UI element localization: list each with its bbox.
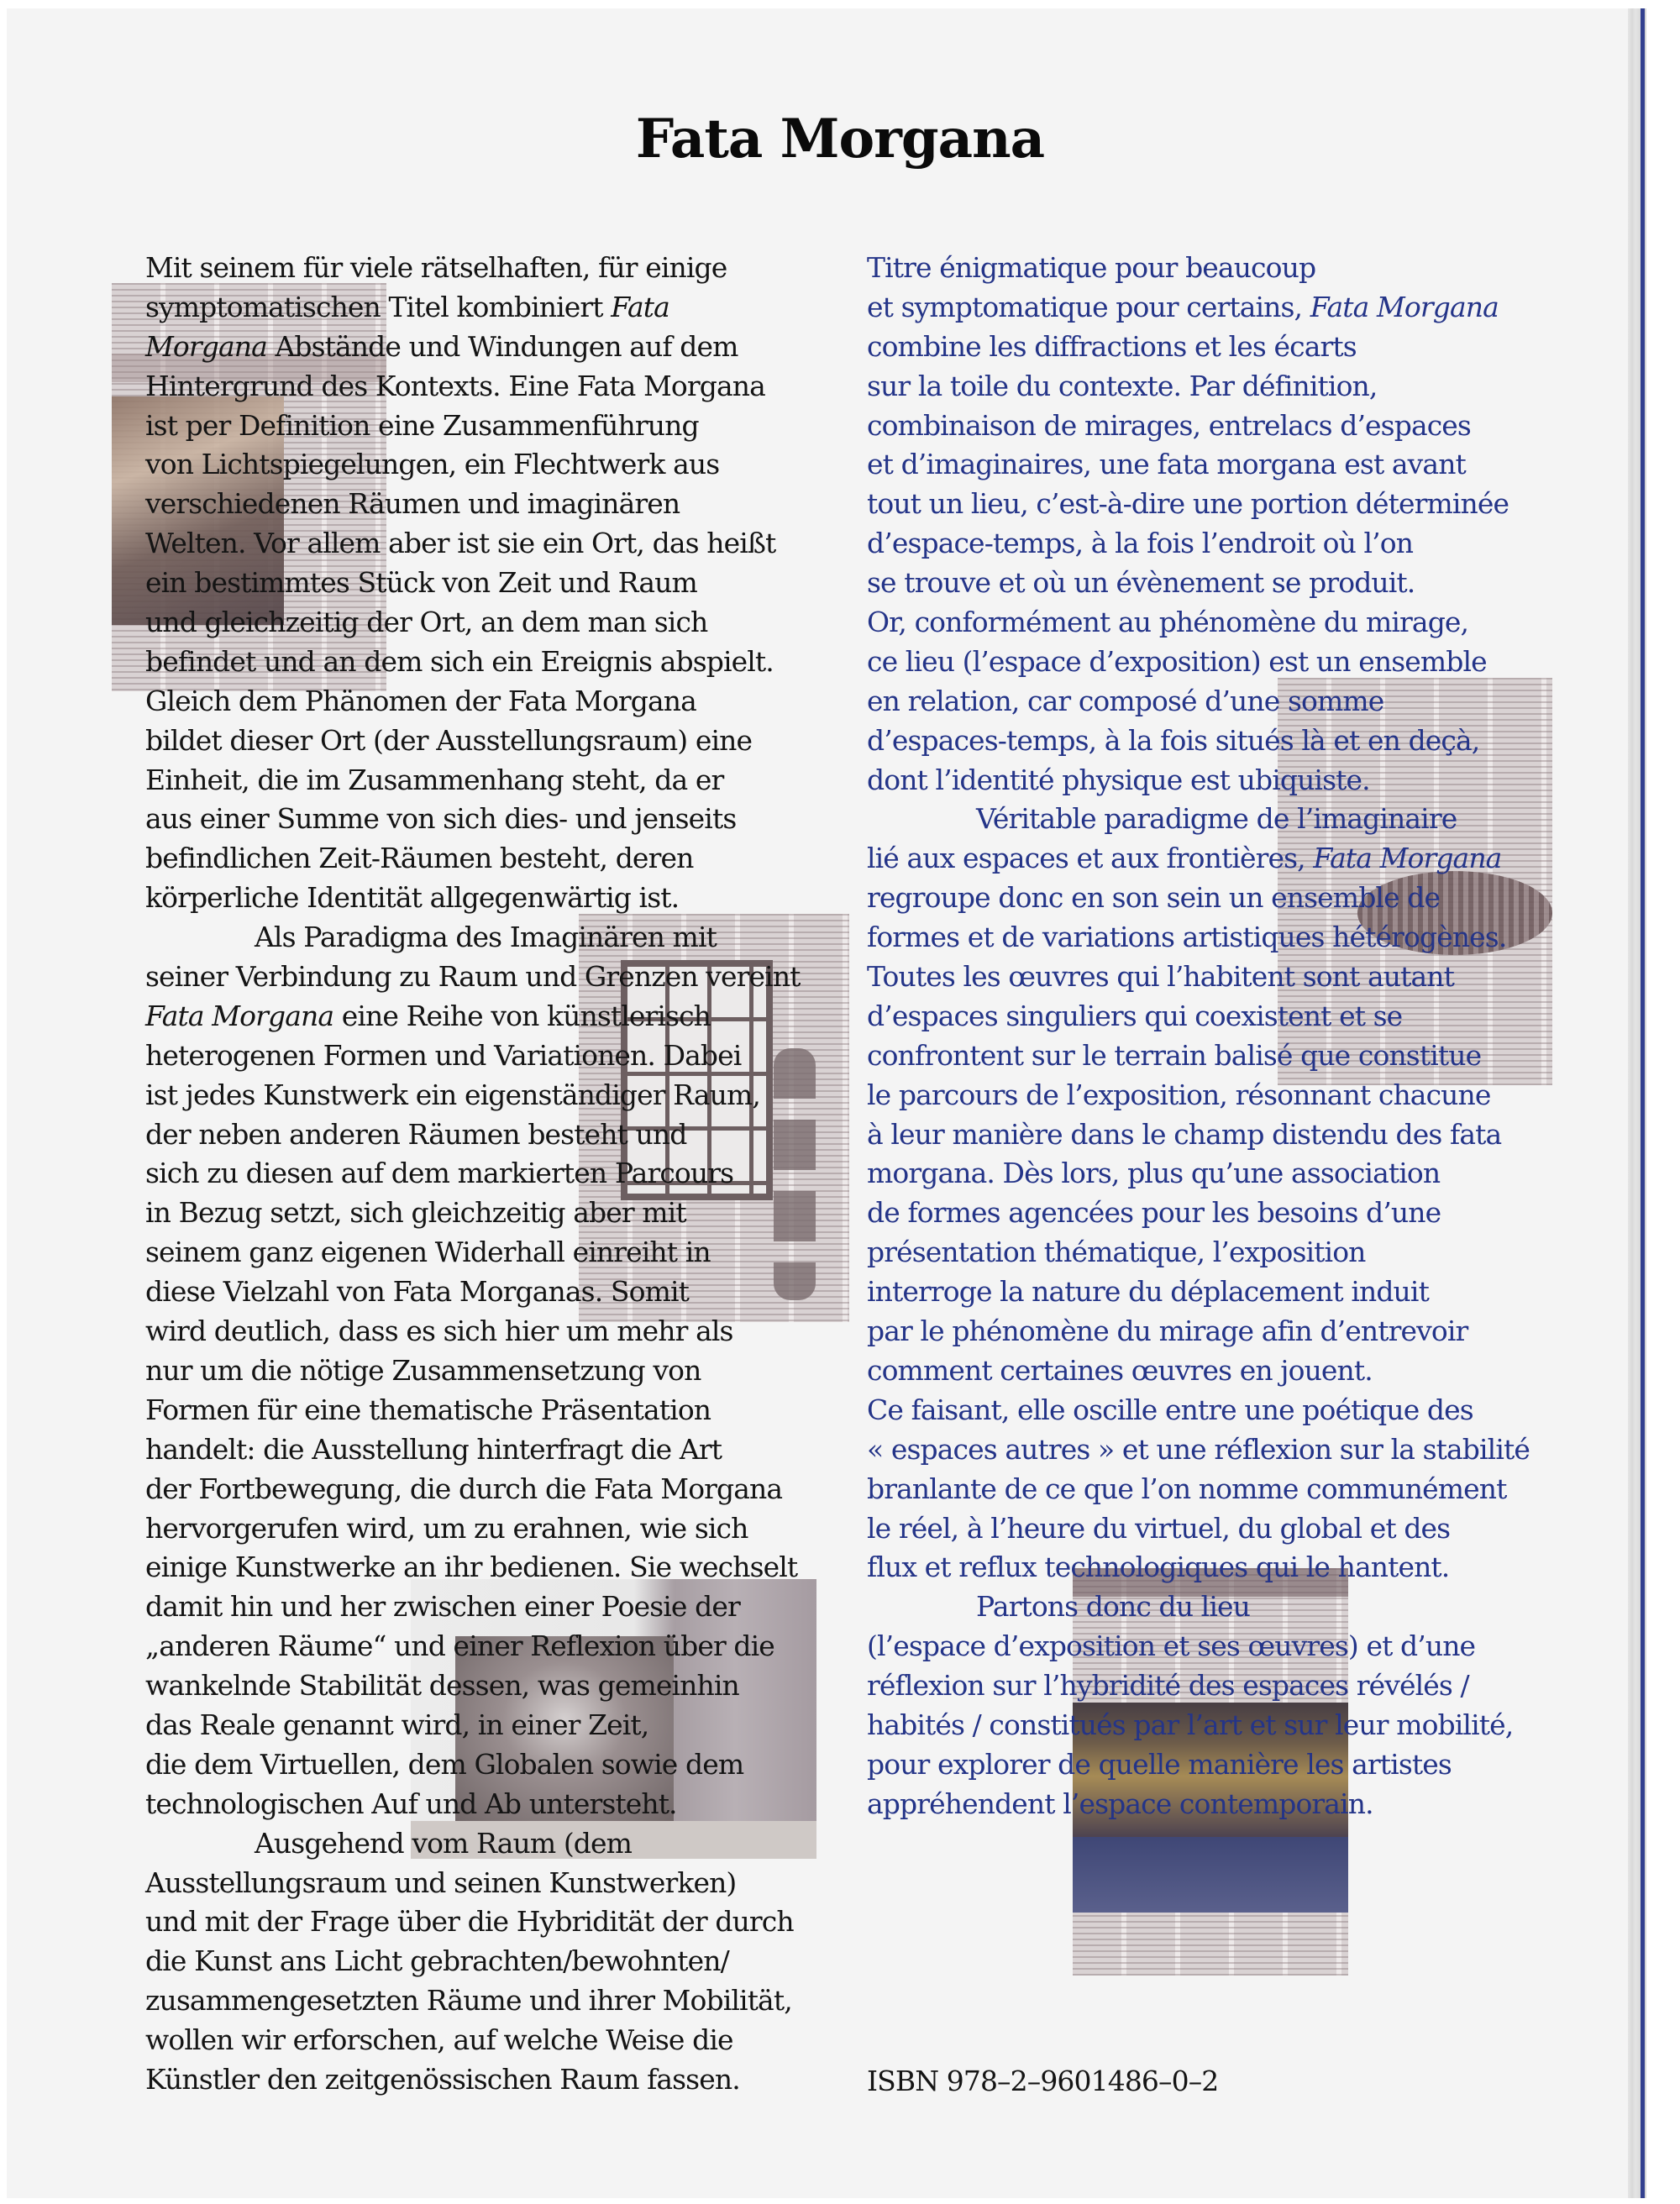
text-line: d’espaces-temps, à la fois situés là et …: [867, 722, 1564, 761]
line-text: das Reale genannt wird, in einer Zeit,: [145, 1708, 648, 1741]
line-text: ein bestimmtes Stück von Zeit und Raum: [145, 566, 697, 599]
line-text: bildet dieser Ort (der Ausstellungsraum)…: [145, 724, 752, 757]
text-line: combinaison de mirages, entrelacs d’espa…: [867, 407, 1564, 446]
text-line: körperliche Identität allgegenwärtig ist…: [145, 879, 843, 918]
text-line: damit hin und her zwischen einer Poesie …: [145, 1587, 843, 1627]
line-text: der neben anderen Räumen besteht und: [145, 1118, 686, 1151]
line-text: ce lieu (l’espace d’exposition) est un e…: [867, 645, 1487, 678]
line-text: ist jedes Kunstwerk ein eigenständiger R…: [145, 1078, 760, 1111]
line-text: befindet und an dem sich ein Ereignis ab…: [145, 645, 774, 678]
line-text: handelt: die Ausstellung hinterfragt die…: [145, 1433, 722, 1466]
line-text: Abstände und Windungen auf dem: [267, 330, 738, 363]
line-text: Gleich dem Phänomen der Fata Morgana: [145, 685, 696, 717]
text-line: der neben anderen Räumen besteht und: [145, 1115, 843, 1155]
text-line: pour explorer de quelle manière les arti…: [867, 1745, 1564, 1785]
line-text: présentation thématique, l’exposition: [867, 1236, 1366, 1268]
line-text: se trouve et où un évènement se produit.: [867, 566, 1415, 599]
text-line: der Fortbewegung, die durch die Fata Mor…: [145, 1470, 843, 1509]
line-text: lié aux espaces et aux frontières,: [867, 842, 1313, 874]
text-line: lié aux espaces et aux frontières, Fata …: [867, 839, 1564, 879]
text-line: wird deutlich, dass es sich hier um mehr…: [145, 1312, 843, 1351]
line-text: dont l’identité physique est ubiquiste.: [867, 764, 1370, 796]
line-text: körperliche Identität allgegenwärtig ist…: [145, 881, 679, 914]
text-line: einige Kunstwerke an ihr bedienen. Sie w…: [145, 1548, 843, 1587]
line-text: réflexion sur l’hybridité des espaces ré…: [867, 1669, 1469, 1702]
text-line: ce lieu (l’espace d’exposition) est un e…: [867, 643, 1564, 682]
text-line: combine les diffractions et les écarts: [867, 328, 1564, 367]
line-text: et symptomatique pour certains,: [867, 291, 1310, 323]
text-line: confrontent sur le terrain balisé que co…: [867, 1036, 1564, 1076]
text-line: Welten. Vor allem aber ist sie ein Ort, …: [145, 524, 843, 564]
line-text: sich zu diesen auf dem markierten Parcou…: [145, 1157, 733, 1189]
line-text: le réel, à l’heure du virtuel, du global…: [867, 1512, 1450, 1545]
line-text: appréhendent l’espace contemporain.: [867, 1787, 1373, 1820]
line-text: befindlichen Zeit-Räumen besteht, deren: [145, 842, 693, 874]
line-text: « espaces autres » et une réflexion sur …: [867, 1433, 1530, 1466]
line-text: und gleichzeitig der Ort, an dem man sic…: [145, 606, 707, 638]
text-line: Or, conformément au phénomène du mirage,: [867, 603, 1564, 643]
line-text: Welten. Vor allem aber ist sie ein Ort, …: [145, 527, 775, 559]
line-text: d’espace-temps, à la fois l’endroit où l…: [867, 527, 1413, 559]
line-text: le parcours de l’exposition, résonnant c…: [867, 1078, 1491, 1111]
text-line: „anderen Räume“ und einer Reflexion über…: [145, 1627, 843, 1666]
line-text: formes et de variations artistiques hété…: [867, 921, 1506, 953]
line-text: Als Paradigma des Imaginären mit: [255, 921, 717, 953]
line-text: seiner Verbindung zu Raum und Grenzen ve…: [145, 960, 801, 993]
text-line: die Kunst ans Licht gebrachten/bewohnten…: [145, 1942, 843, 1981]
line-text: combine les diffractions et les écarts: [867, 330, 1357, 363]
text-line: Künstler den zeitgenössischen Raum fasse…: [145, 2060, 843, 2100]
line-text: wollen wir erforschen, auf welche Weise …: [145, 2023, 733, 2056]
italic-title: Fata Morgana: [1310, 291, 1499, 323]
text-line: ist jedes Kunstwerk ein eigenständiger R…: [145, 1076, 843, 1115]
italic-title: Fata Morgana: [145, 1000, 333, 1032]
text-line: diese Vielzahl von Fata Morganas. Somit: [145, 1273, 843, 1312]
text-line: habités / constitués par l’art et sur le…: [867, 1706, 1564, 1745]
line-text: Einheit, die im Zusammenhang steht, da e…: [145, 764, 723, 796]
line-text: von Lichtspiegelungen, ein Flechtwerk au…: [145, 448, 719, 480]
line-text: wankelnde Stabilität dessen, was gemeinh…: [145, 1669, 739, 1702]
line-text: eine Reihe von künstlerisch: [333, 1000, 711, 1032]
line-text: Ausstellungsraum und seinen Kunstwerken): [145, 1866, 736, 1899]
text-line: Hintergrund des Kontexts. Eine Fata Morg…: [145, 367, 843, 407]
line-text: d’espaces-temps, à la fois situés là et …: [867, 724, 1479, 757]
text-line: Morgana Abstände und Windungen auf dem: [145, 328, 843, 367]
text-line: Gleich dem Phänomen der Fata Morgana: [145, 682, 843, 722]
line-text: Ce faisant, elle oscille entre une poéti…: [867, 1393, 1473, 1426]
line-text: und mit der Frage über die Hybridität de…: [145, 1905, 794, 1938]
line-text: Formen für eine thematische Präsentation: [145, 1393, 711, 1426]
line-text: Véritable paradigme de l’imaginaire: [976, 802, 1457, 835]
text-line: Partons donc du lieu: [867, 1587, 1564, 1627]
text-line: réflexion sur l’hybridité des espaces ré…: [867, 1666, 1564, 1706]
line-text: Hintergrund des Kontexts. Eine Fata Morg…: [145, 370, 765, 402]
line-text: en relation, car composé d’une somme: [867, 685, 1383, 717]
line-text: verschiedenen Räumen und imaginären: [145, 487, 680, 520]
spine-accent-stripe: [1641, 8, 1645, 2198]
french-text-column: Titre énigmatique pour beaucoupet sympto…: [867, 249, 1564, 1824]
text-line: d’espace-temps, à la fois l’endroit où l…: [867, 524, 1564, 564]
text-line: d’espaces singuliers qui coexistent et s…: [867, 997, 1564, 1036]
line-text: der Fortbewegung, die durch die Fata Mor…: [145, 1472, 782, 1505]
italic-title: Fata Morgana: [1313, 842, 1501, 874]
line-text: Partons donc du lieu: [976, 1590, 1250, 1623]
line-text: Mit seinem für viele rätselhaften, für e…: [145, 251, 727, 284]
text-line: von Lichtspiegelungen, ein Flechtwerk au…: [145, 445, 843, 485]
text-line: regroupe donc en son sein un ensemble de: [867, 879, 1564, 918]
line-text: technologischen Auf und Ab untersteht.: [145, 1787, 677, 1820]
line-text: Künstler den zeitgenössischen Raum fasse…: [145, 2063, 740, 2096]
german-text-column: Mit seinem für viele rätselhaften, für e…: [145, 249, 843, 2100]
line-text: morgana. Dès lors, plus qu’une associati…: [867, 1157, 1440, 1189]
line-text: nur um die nötige Zusammensetzung von: [145, 1354, 701, 1387]
text-line: interroge la nature du déplacement indui…: [867, 1273, 1564, 1312]
line-text: heterogenen Formen und Variationen. Dabe…: [145, 1039, 741, 1072]
line-text: die dem Virtuellen, dem Globalen sowie d…: [145, 1748, 743, 1781]
text-line: morgana. Dès lors, plus qu’une associati…: [867, 1154, 1564, 1194]
text-line: (l’espace d’exposition et ses œuvres) et…: [867, 1627, 1564, 1666]
text-line: Fata Morgana eine Reihe von künstlerisch: [145, 997, 843, 1036]
line-text: zusammengesetzten Räume und ihrer Mobili…: [145, 1984, 792, 2017]
text-line: se trouve et où un évènement se produit.: [867, 564, 1564, 603]
text-line: formes et de variations artistiques hété…: [867, 918, 1564, 958]
text-line: de formes agencées pour les besoins d’un…: [867, 1194, 1564, 1233]
text-line: Mit seinem für viele rätselhaften, für e…: [145, 249, 843, 288]
line-text: Titre énigmatique pour beaucoup: [867, 251, 1315, 284]
text-line: Formen für eine thematische Präsentation: [145, 1391, 843, 1430]
line-text: tout un lieu, c’est-à-dire une portion d…: [867, 487, 1509, 520]
text-line: und gleichzeitig der Ort, an dem man sic…: [145, 603, 843, 643]
italic-title: Morgana: [145, 330, 267, 363]
text-line: flux et reflux technologiques qui le han…: [867, 1548, 1564, 1587]
line-text: comment certaines œuvres en jouent.: [867, 1354, 1373, 1387]
line-text: interroge la nature du déplacement indui…: [867, 1275, 1429, 1308]
text-line: dont l’identité physique est ubiquiste.: [867, 761, 1564, 800]
text-line: befindlichen Zeit-Räumen besteht, deren: [145, 839, 843, 879]
line-text: de formes agencées pour les besoins d’un…: [867, 1196, 1441, 1229]
text-line: aus einer Summe von sich dies- und jense…: [145, 800, 843, 839]
text-line: présentation thématique, l’exposition: [867, 1233, 1564, 1273]
line-text: regroupe donc en son sein un ensemble de: [867, 881, 1440, 914]
text-line: seinem ganz eigenen Widerhall einreiht i…: [145, 1233, 843, 1273]
text-line: das Reale genannt wird, in einer Zeit,: [145, 1706, 843, 1745]
line-text: in Bezug setzt, sich gleichzeitig aber m…: [145, 1196, 686, 1229]
line-text: Toutes les œuvres qui l’habitent sont au…: [867, 960, 1454, 993]
text-line: à leur manière dans le champ distendu de…: [867, 1115, 1564, 1155]
line-text: à leur manière dans le champ distendu de…: [867, 1118, 1501, 1151]
line-text: wird deutlich, dass es sich hier um mehr…: [145, 1315, 733, 1347]
line-text: confrontent sur le terrain balisé que co…: [867, 1039, 1481, 1072]
text-line: et d’imaginaires, une fata morgana est a…: [867, 445, 1564, 485]
line-text: „anderen Räume“ und einer Reflexion über…: [145, 1629, 774, 1662]
line-text: Ausgehend vom Raum (dem: [255, 1827, 632, 1860]
line-text: (l’espace d’exposition et ses œuvres) et…: [867, 1629, 1475, 1662]
isbn-number: ISBN 978–2–9601486–0–2: [867, 2065, 1218, 2097]
text-line: Titre énigmatique pour beaucoup: [867, 249, 1564, 288]
line-text: habités / constitués par l’art et sur le…: [867, 1708, 1513, 1741]
line-text: d’espaces singuliers qui coexistent et s…: [867, 1000, 1402, 1032]
text-line: en relation, car composé d’une somme: [867, 682, 1564, 722]
line-text: diese Vielzahl von Fata Morganas. Somit: [145, 1275, 689, 1308]
text-line: hervorgerufen wird, um zu erahnen, wie s…: [145, 1509, 843, 1549]
text-line: comment certaines œuvres en jouent.: [867, 1351, 1564, 1391]
line-text: branlante de ce que l’on nomme communéme…: [867, 1472, 1507, 1505]
line-text: et d’imaginaires, une fata morgana est a…: [867, 448, 1466, 480]
text-line: wollen wir erforschen, auf welche Weise …: [145, 2021, 843, 2060]
text-line: branlante de ce que l’on nomme communéme…: [867, 1470, 1564, 1509]
line-text: Or, conformément au phénomène du mirage,: [867, 606, 1468, 638]
text-line: tout un lieu, c’est-à-dire une portion d…: [867, 485, 1564, 524]
text-line: Ausgehend vom Raum (dem: [145, 1824, 843, 1864]
text-line: le parcours de l’exposition, résonnant c…: [867, 1076, 1564, 1115]
italic-title: Fata: [611, 291, 669, 323]
line-text: ist per Definition eine Zusammenführung: [145, 409, 699, 442]
text-line: Als Paradigma des Imaginären mit: [145, 918, 843, 958]
text-line: Ausstellungsraum und seinen Kunstwerken): [145, 1864, 843, 1903]
line-text: combinaison de mirages, entrelacs d’espa…: [867, 409, 1471, 442]
text-line: nur um die nötige Zusammensetzung von: [145, 1351, 843, 1391]
text-line: symptomatischen Titel kombiniert Fata: [145, 288, 843, 328]
text-line: verschiedenen Räumen und imaginären: [145, 485, 843, 524]
line-text: die Kunst ans Licht gebrachten/bewohnten…: [145, 1944, 729, 1977]
text-line: et symptomatique pour certains, Fata Mor…: [867, 288, 1564, 328]
line-text: pour explorer de quelle manière les arti…: [867, 1748, 1452, 1781]
text-line: Einheit, die im Zusammenhang steht, da e…: [145, 761, 843, 800]
line-text: einige Kunstwerke an ihr bedienen. Sie w…: [145, 1551, 797, 1583]
text-line: in Bezug setzt, sich gleichzeitig aber m…: [145, 1194, 843, 1233]
text-line: ein bestimmtes Stück von Zeit und Raum: [145, 564, 843, 603]
text-line: Toutes les œuvres qui l’habitent sont au…: [867, 958, 1564, 997]
text-line: sur la toile du contexte. Par définition…: [867, 367, 1564, 407]
line-text: damit hin und her zwischen einer Poesie …: [145, 1590, 740, 1623]
text-line: technologischen Auf und Ab untersteht.: [145, 1785, 843, 1824]
text-line: sich zu diesen auf dem markierten Parcou…: [145, 1154, 843, 1194]
text-line: par le phénomène du mirage afin d’entrev…: [867, 1312, 1564, 1351]
text-line: zusammengesetzten Räume und ihrer Mobili…: [145, 1981, 843, 2021]
line-text: par le phénomène du mirage afin d’entrev…: [867, 1315, 1467, 1347]
text-line: ist per Definition eine Zusammenführung: [145, 407, 843, 446]
page-title: Fata Morgana: [0, 108, 1680, 171]
line-text: hervorgerufen wird, um zu erahnen, wie s…: [145, 1512, 748, 1545]
text-line: wankelnde Stabilität dessen, was gemeinh…: [145, 1666, 843, 1706]
line-text: symptomatischen Titel kombiniert: [145, 291, 611, 323]
line-text: sur la toile du contexte. Par définition…: [867, 370, 1378, 402]
text-line: die dem Virtuellen, dem Globalen sowie d…: [145, 1745, 843, 1785]
text-line: befindet und an dem sich ein Ereignis ab…: [145, 643, 843, 682]
line-text: seinem ganz eigenen Widerhall einreiht i…: [145, 1236, 711, 1268]
text-line: « espaces autres » et une réflexion sur …: [867, 1430, 1564, 1470]
text-line: bildet dieser Ort (der Ausstellungsraum)…: [145, 722, 843, 761]
text-line: seiner Verbindung zu Raum und Grenzen ve…: [145, 958, 843, 997]
text-line: Véritable paradigme de l’imaginaire: [867, 800, 1564, 839]
line-text: flux et reflux technologiques qui le han…: [867, 1551, 1449, 1583]
text-line: appréhendent l’espace contemporain.: [867, 1785, 1564, 1824]
text-line: heterogenen Formen und Variationen. Dabe…: [145, 1036, 843, 1076]
line-text: aus einer Summe von sich dies- und jense…: [145, 802, 736, 835]
text-line: und mit der Frage über die Hybridität de…: [145, 1902, 843, 1942]
street-photo: [1073, 1837, 1348, 1913]
text-line: le réel, à l’heure du virtuel, du global…: [867, 1509, 1564, 1549]
text-line: handelt: die Ausstellung hinterfragt die…: [145, 1430, 843, 1470]
text-line: Ce faisant, elle oscille entre une poéti…: [867, 1391, 1564, 1430]
